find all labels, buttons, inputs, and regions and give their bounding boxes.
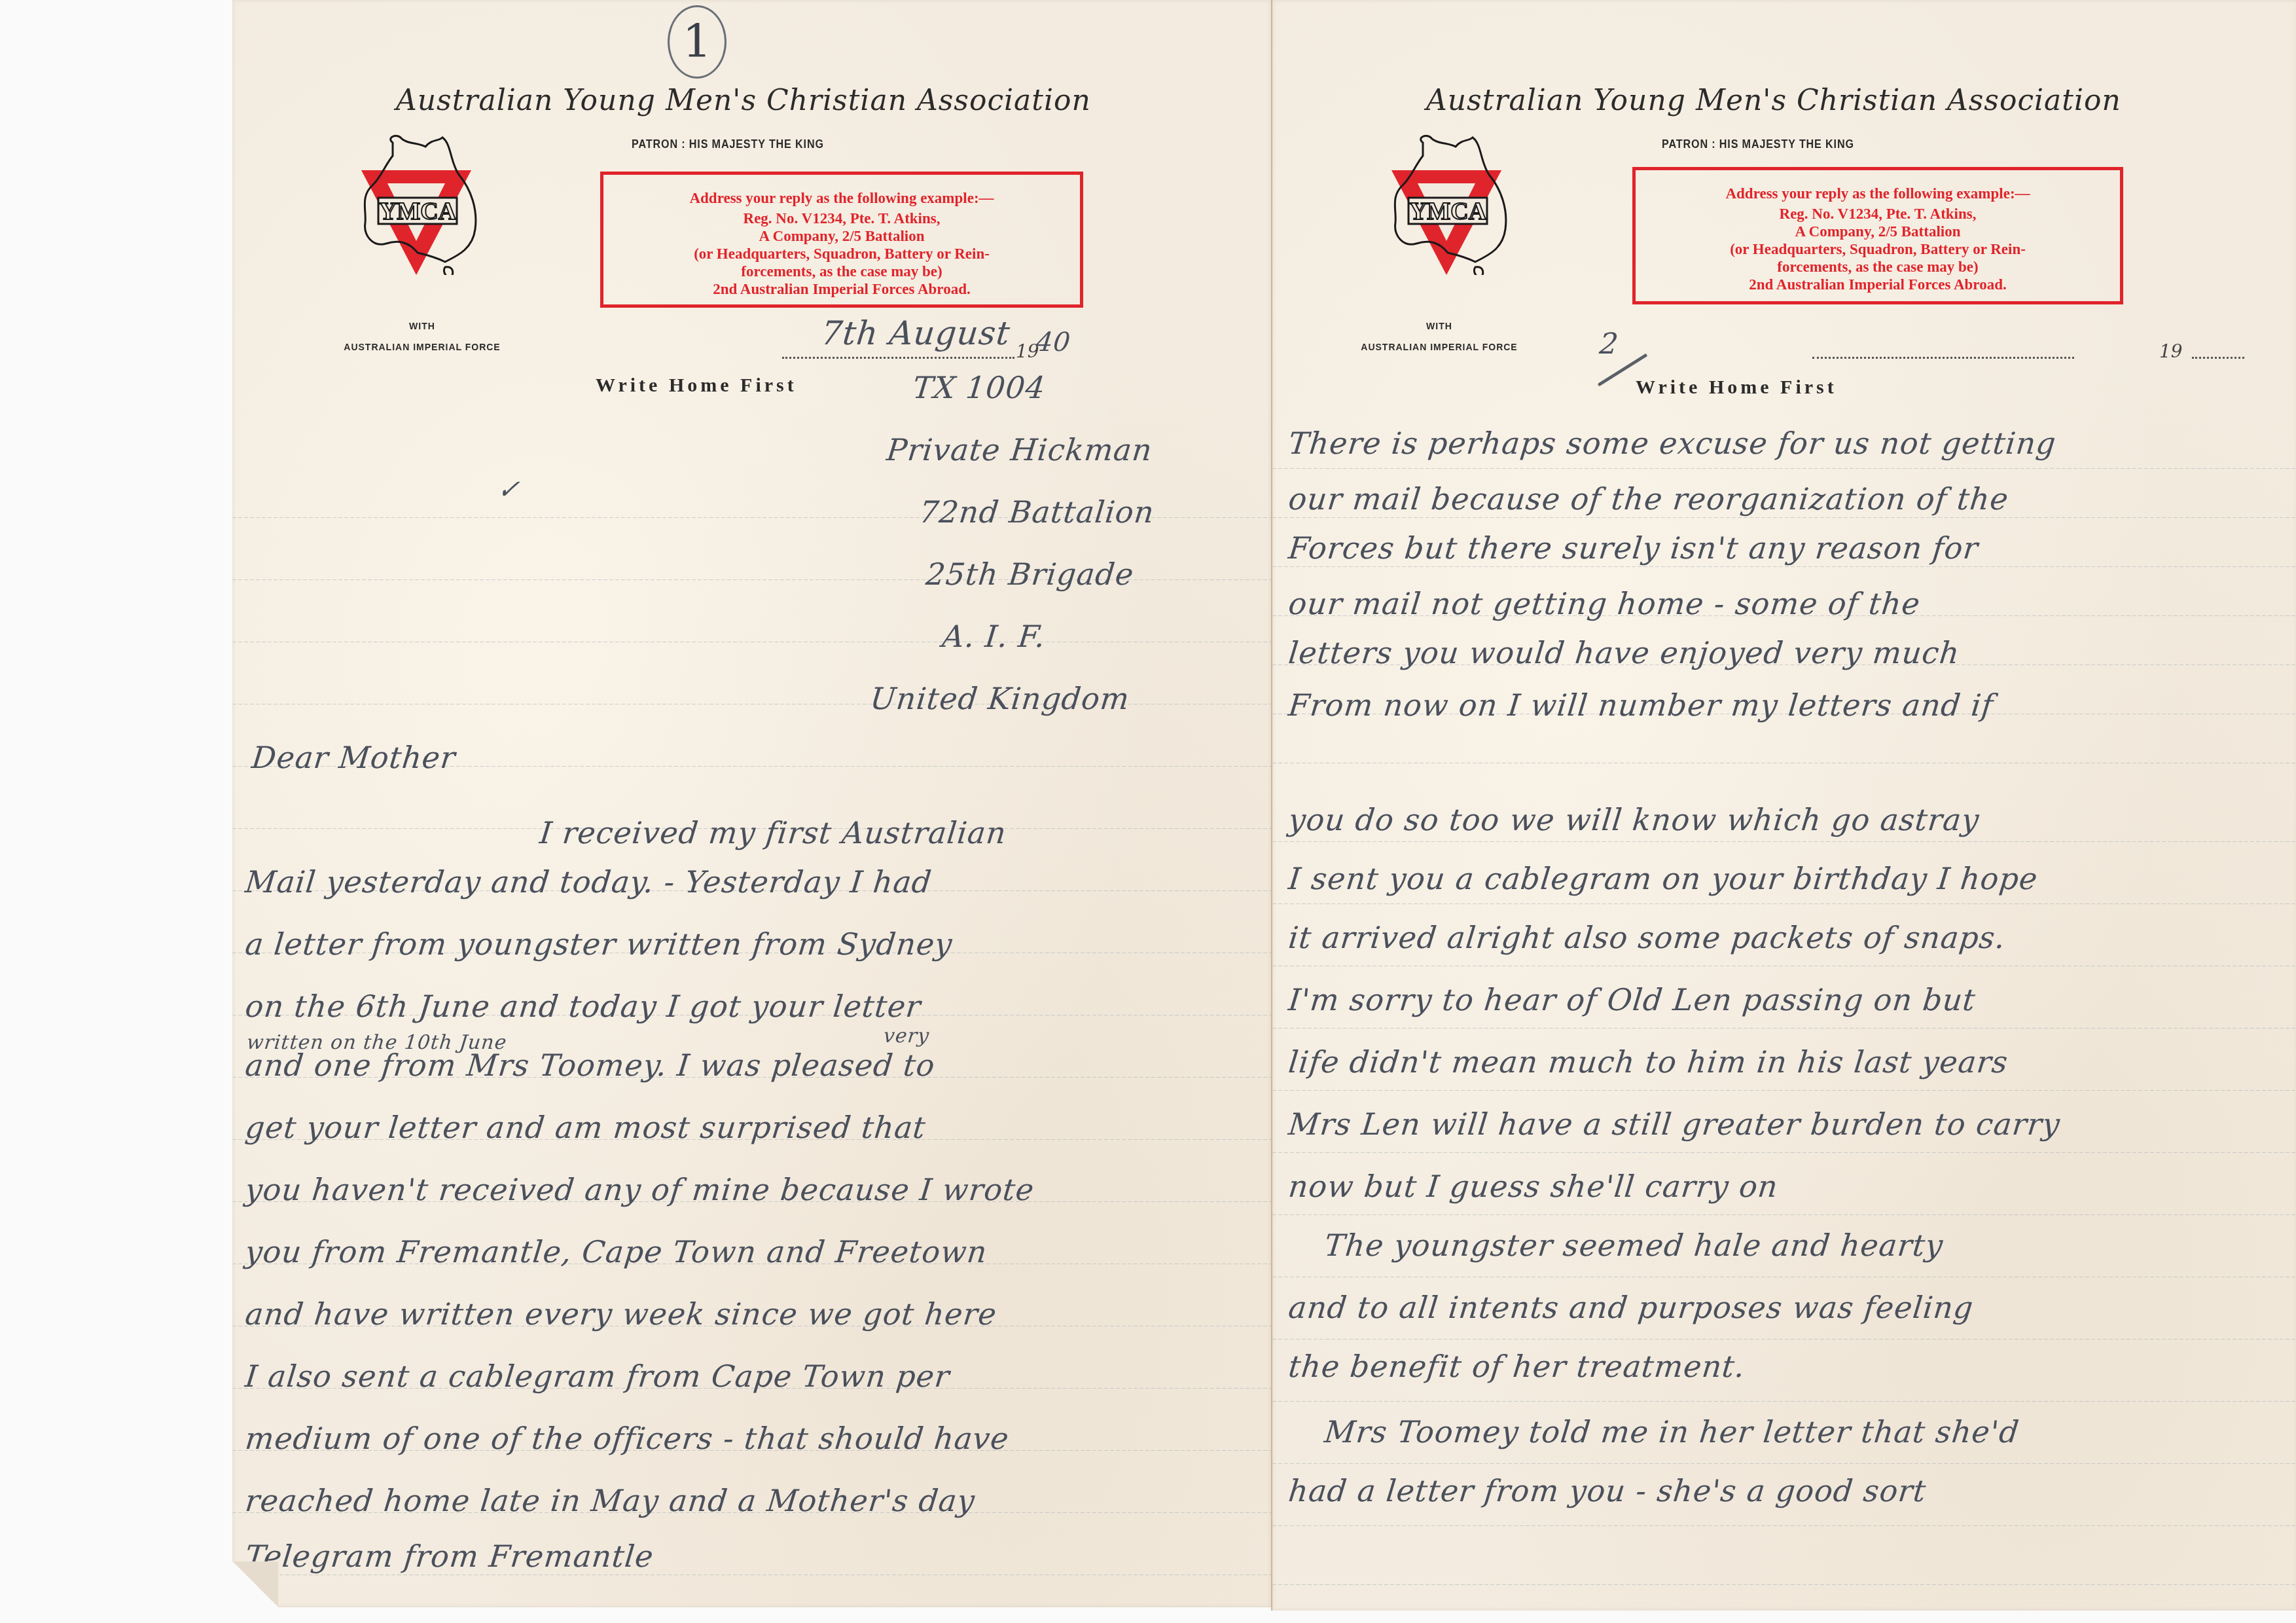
date-dotted-line (1812, 357, 2074, 359)
write-home-first: Write Home First (596, 374, 797, 397)
reply-box-heading: Address your reply as the following exam… (603, 189, 1080, 207)
page-number-circled: 1 (668, 5, 726, 79)
letter-line: Forces but there surely isn't any reason… (1287, 530, 1980, 566)
letter-line: and have written every week since we got… (243, 1296, 999, 1332)
letter-line: our mail because of the reorganization o… (1287, 481, 2011, 517)
tick-mark-icon: ✓ (496, 475, 522, 505)
letter-line: Mail yesterday and today. - Yesterday I … (243, 864, 933, 900)
letter-line: life didn't mean much to him in his last… (1287, 1044, 2010, 1080)
letterhead-force: AUSTRALIAN IMPERIAL FORCE (1271, 342, 1609, 352)
letter-line: the benefit of her treatment. (1287, 1349, 1747, 1384)
ruled-line (1272, 1401, 2296, 1402)
ruled-line (1272, 1525, 2296, 1526)
ruled-line (1272, 517, 2296, 518)
letter-page-1: 1 Australian Young Men's Christian Assoc… (232, 0, 1271, 1607)
folded-corner (232, 1561, 278, 1607)
address-line-service-number: TX 1004 (911, 370, 1047, 405)
ruled-line (1272, 763, 2296, 763)
ruled-line (1272, 841, 2296, 842)
ruled-line (1272, 468, 2296, 469)
ruled-line (1272, 1152, 2296, 1153)
svg-text:YMCA: YMCA (1409, 198, 1487, 225)
reply-box-heading: Address your reply as the following exam… (1636, 185, 2120, 202)
address-line-brigade: 25th Brigade (924, 556, 1136, 592)
letter-line: on the 6th June and today I got your let… (243, 989, 923, 1024)
ruled-line (232, 642, 1271, 642)
date-year-prefix: 19 (2159, 340, 2183, 362)
letterhead-force: AUSTRALIAN IMPERIAL FORCE (337, 342, 507, 352)
letter-line: our mail not getting home - some of the (1287, 586, 1922, 621)
letterhead-patron: PATRON : HIS MAJESTY THE KING (1662, 137, 1854, 152)
reply-box-line: (or Headquarters, Squadron, Battery or R… (1636, 240, 2120, 258)
write-home-first: Write Home First (1636, 376, 1837, 399)
letter-line: I received my first Australian (538, 815, 1008, 850)
ruled-line (1272, 1277, 2296, 1277)
letterhead-title: Australian Young Men's Christian Associa… (1426, 84, 2121, 117)
letter-page-2: Australian Young Men's Christian Associa… (1271, 0, 2296, 1611)
reply-box-line: Reg. No. V1234, Pte. T. Atkins, (603, 210, 1080, 227)
letter-line: There is perhaps some excuse for us not … (1287, 426, 2058, 461)
ruled-line (1272, 1090, 2296, 1091)
ymca-australia-logo-icon: YMCA (1377, 124, 1528, 275)
reply-box-line: 2nd Australian Imperial Forces Abroad. (1636, 276, 2120, 293)
letter-line: had a letter from you - she's a good sor… (1287, 1473, 1928, 1508)
ruled-line (1272, 566, 2296, 567)
address-line-country: United Kingdom (869, 681, 1131, 716)
reply-box-line: forcements, as the case may be) (1636, 258, 2120, 276)
address-line-aif: A. I. F. (941, 619, 1047, 654)
letter-date: 7th August (819, 314, 1012, 352)
letter-line: Mrs Len will have a still greater burden… (1287, 1106, 2062, 1142)
address-line-name: Private Hickman (885, 432, 1154, 467)
salutation: Dear Mother (250, 740, 457, 775)
reply-address-box: Address your reply as the following exam… (600, 172, 1083, 308)
letter-line: you from Fremantle, Cape Town and Freeto… (243, 1234, 989, 1269)
letter-line: you do so too we will know which go astr… (1287, 802, 1981, 837)
reply-box-line: A Company, 2/5 Battalion (1636, 223, 2120, 240)
letter-line: From now on I will number my letters and… (1287, 687, 1995, 723)
ruled-line (1272, 1584, 2296, 1585)
ruled-line (1272, 1463, 2296, 1464)
date-dotted-line-end (2192, 357, 2244, 359)
date-dotted-line (782, 357, 1014, 359)
reply-box-line: (or Headquarters, Squadron, Battery or R… (603, 245, 1080, 263)
reply-box-line: A Company, 2/5 Battalion (603, 227, 1080, 245)
letter-line: medium of one of the officers - that sho… (243, 1421, 1011, 1456)
ymca-australia-logo-icon: YMCA (347, 124, 497, 275)
ruled-line (1272, 1214, 2296, 1215)
letter-line: Telegram from Fremantle (243, 1539, 655, 1574)
letter-insertion-very: very (882, 1025, 931, 1048)
letterhead-patron: PATRON : HIS MAJESTY THE KING (632, 137, 824, 152)
ruled-line (1272, 1339, 2296, 1340)
reply-address-box: Address your reply as the following exam… (1632, 167, 2123, 304)
letter-line: a letter from youngster written from Syd… (243, 926, 954, 962)
letterhead-title: Australian Young Men's Christian Associa… (396, 84, 1091, 117)
reply-box-line: forcements, as the case may be) (603, 263, 1080, 280)
letter-line: and to all intents and purposes was feel… (1287, 1290, 1975, 1325)
ruled-line (232, 1575, 1271, 1575)
letterhead-with: WITH (1400, 321, 1479, 331)
letter-line: and one from Mrs Toomey. I was pleased t… (243, 1048, 937, 1083)
ruled-line (1272, 903, 2296, 904)
ruled-line (1272, 966, 2296, 966)
letter-line: I also sent a cablegram from Cape Town p… (243, 1359, 952, 1394)
reply-box-line: Reg. No. V1234, Pte. T. Atkins, (1636, 205, 2120, 223)
letter-line: reached home late in May and a Mother's … (243, 1483, 977, 1518)
letter-line: letters you would have enjoyed very much (1287, 635, 1962, 670)
ruled-line (1272, 1028, 2296, 1029)
address-line-battalion: 72nd Battalion (918, 494, 1156, 530)
svg-text:YMCA: YMCA (379, 198, 457, 225)
letter-line: The youngster seemed hale and hearty (1323, 1228, 1945, 1263)
letter-line: Mrs Toomey told me in her letter that sh… (1323, 1414, 2021, 1450)
letter-line: get your letter and am most surprised th… (243, 1110, 927, 1145)
date-year-suffix: 40 (1035, 327, 1073, 357)
letter-line: it arrived alright also some packets of … (1287, 920, 2007, 955)
letter-line: you haven't received any of mine because… (243, 1172, 1036, 1207)
letter-line: now but I guess she'll carry on (1287, 1169, 1780, 1204)
reply-box-line: 2nd Australian Imperial Forces Abroad. (603, 280, 1080, 298)
letterhead-with: WITH (383, 321, 461, 331)
letter-line: I'm sorry to hear of Old Len passing on … (1287, 982, 1977, 1017)
letter-line: I sent you a cablegram on your birthday … (1287, 861, 2039, 896)
